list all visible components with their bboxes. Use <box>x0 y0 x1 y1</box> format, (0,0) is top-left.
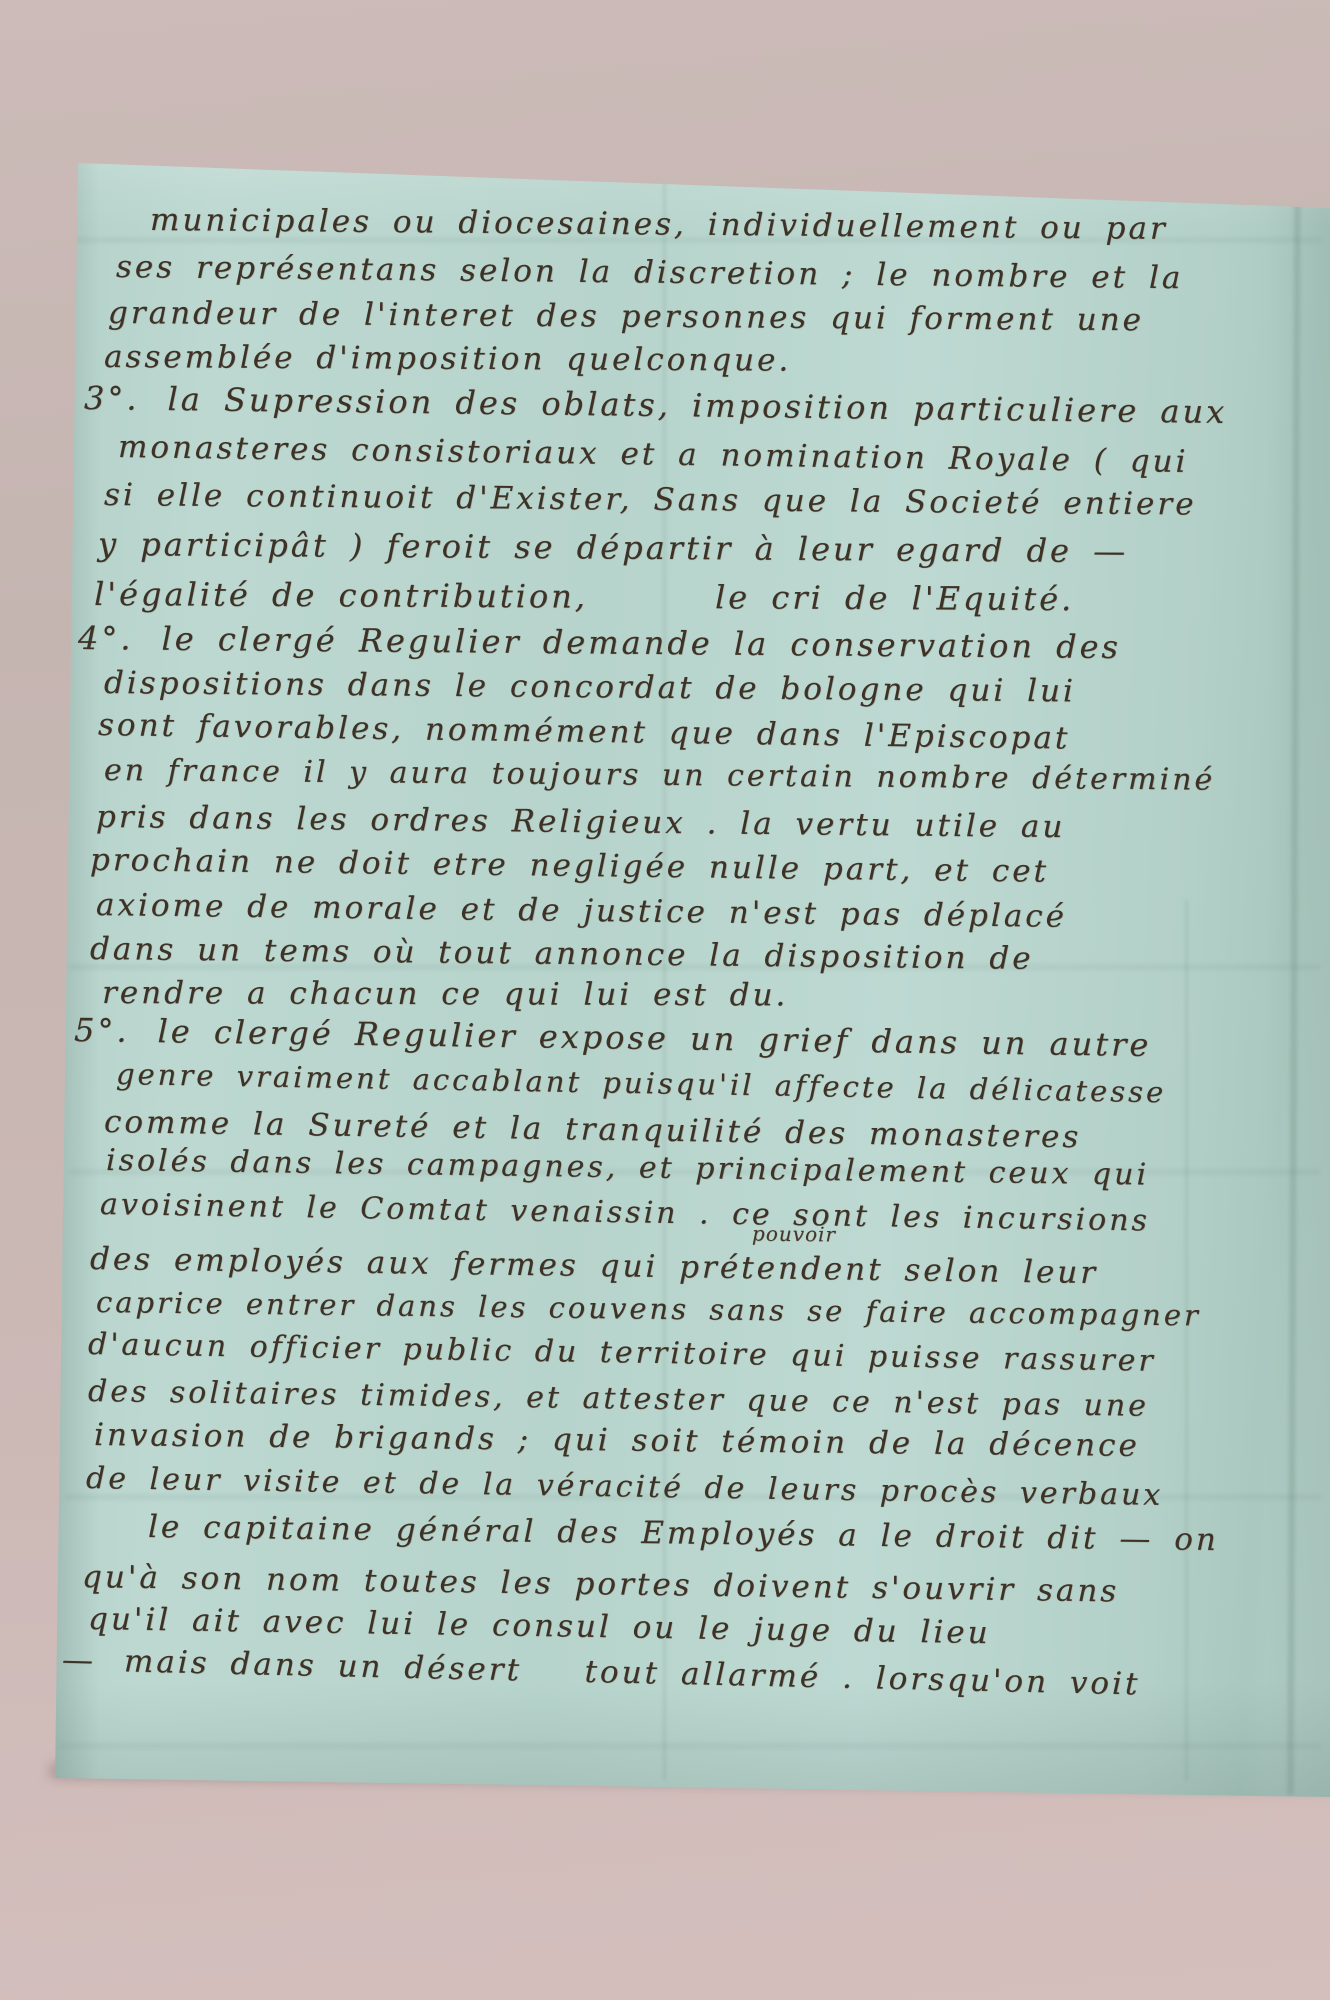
line-text: assemblée d'imposition quelconque. <box>104 339 791 379</box>
line-text: grandeur de l'interet des personnes qui … <box>108 295 1144 338</box>
line-text: y participât ) feroit se départir à leur… <box>98 525 1128 570</box>
item-marker: 5°. <box>74 1012 130 1050</box>
line-text: l'égalité de contribution, le cri de l'E… <box>94 575 1074 618</box>
manuscript-line: assemblée d'imposition quelconque. <box>104 340 791 379</box>
manuscript-page: municipales ou diocesaines, individuelle… <box>0 0 1330 2000</box>
crease-line <box>1185 900 1188 1780</box>
manuscript-line: grandeur de l'interet des personnes qui … <box>108 296 1144 339</box>
item-marker: 4°. <box>78 620 134 657</box>
line-text: dispositions dans le concordat de bologn… <box>104 665 1076 709</box>
photograph-of-manuscript: { "page": { "paper_color": "#b7d4cc", "i… <box>0 0 1330 2000</box>
line-text: rendre a chacun ce qui lui est du. <box>102 975 788 1013</box>
crease-line <box>60 1744 1320 1748</box>
manuscript-line: l'égalité de contribution, le cri de l'E… <box>94 576 1074 618</box>
item-marker: 3°. <box>84 380 140 417</box>
item-marker: — <box>62 1643 97 1679</box>
interlinear-insertion: pouvoir <box>752 1222 836 1247</box>
manuscript-line: rendre a chacun ce qui lui est du. <box>102 976 788 1014</box>
manuscript-line: y participât ) feroit se départir à leur… <box>98 526 1128 570</box>
